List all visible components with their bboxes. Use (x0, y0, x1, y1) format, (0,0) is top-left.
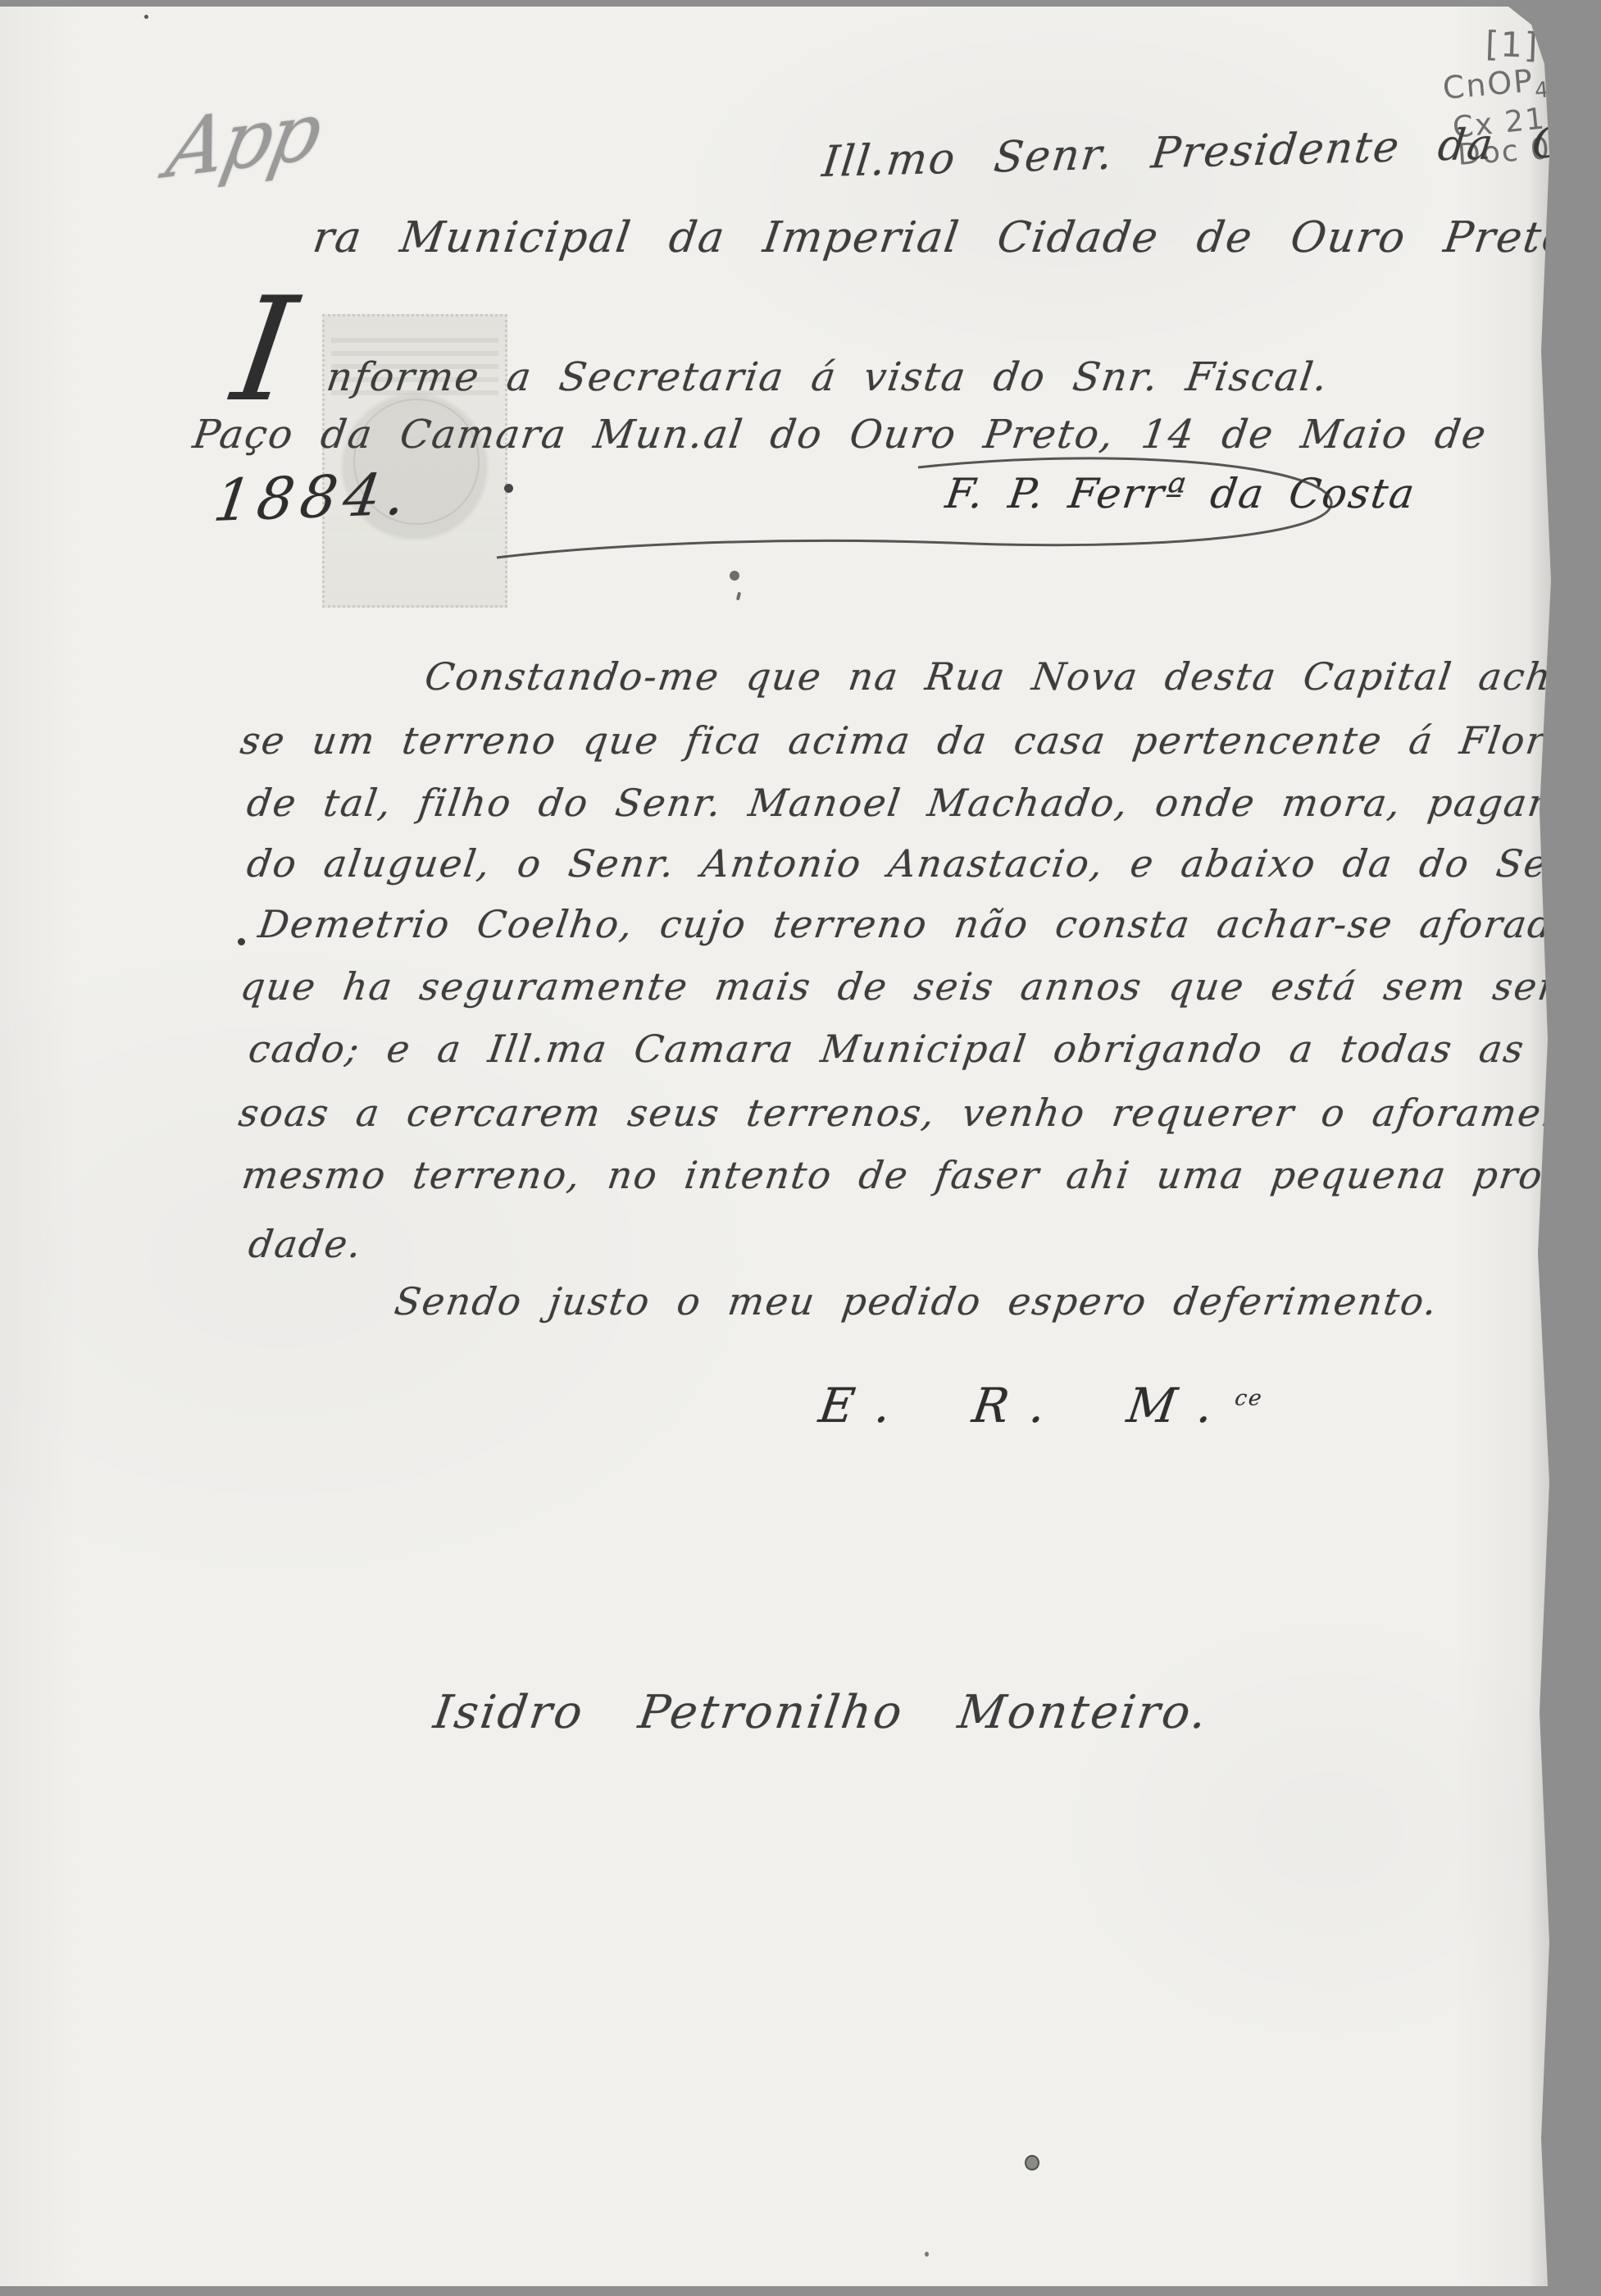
closing-line: Sendo justo o meu pedido espero deferime… (392, 1279, 1441, 1323)
body-line: se um terreno que fica acima da casa per… (238, 718, 1601, 763)
courtesy-main: E. R. M. (816, 1378, 1238, 1433)
ink-dot (238, 938, 245, 945)
body-line: de tal, filho do Senr. Manoel Machado, o… (244, 781, 1590, 825)
manuscript-page: [1] CnOP4 Cx 21 Doc 07 App Ill.mo Senr. … (0, 7, 1564, 2286)
scanned-manuscript: { "colors": { "scanner_background": "#8e… (0, 0, 1601, 2296)
courtesy-formula: E. R. M.ce (816, 1378, 1266, 1433)
speck (925, 2252, 929, 2257)
pencil-scribble: App (160, 84, 327, 197)
speck (144, 15, 148, 19)
despacho-line-1: nforme a Secretaria á vista do Snr. Fisc… (324, 354, 1331, 400)
body-line: Demetrio Coelho, cujo terreno não consta… (256, 902, 1601, 946)
ink-dot (730, 571, 739, 581)
page-edge-shadow (1528, 7, 1553, 2286)
salutation-line-1: Ill.mo Senr. Presidente da Cama- (820, 115, 1601, 187)
punch-hole-mark (1025, 2155, 1039, 2171)
signature-flourish (492, 449, 1361, 581)
archive-fonds-main: CnOP (1441, 62, 1535, 107)
salutation-line-2: ra Municipal da Imperial Cidade de Ouro … (310, 213, 1587, 262)
petitioner-signature: Isidro Petronilho Monteiro. (430, 1686, 1212, 1739)
ink-dot (504, 484, 513, 493)
body-line: cado; e a Ill.ma Camara Municipal obriga… (246, 1027, 1601, 1071)
despacho-initial: I (228, 294, 301, 408)
body-line: Constando-me que na Rua Nova desta Capit… (422, 654, 1601, 699)
body-line: mesmo terreno, no intento de faser ahi u… (239, 1153, 1601, 1197)
despacho-year: 1884. (210, 460, 416, 535)
ink-tick (736, 592, 741, 601)
body-line: soas a cercarem seus terrenos, venho req… (236, 1091, 1601, 1135)
courtesy-superscript: ce (1233, 1387, 1264, 1411)
body-line: que ha seguramente mais de seis annos qu… (238, 964, 1601, 1009)
body-line: dade. (246, 1222, 366, 1266)
body-line: do aluguel, o Senr. Antonio Anastacio, e… (244, 841, 1601, 886)
